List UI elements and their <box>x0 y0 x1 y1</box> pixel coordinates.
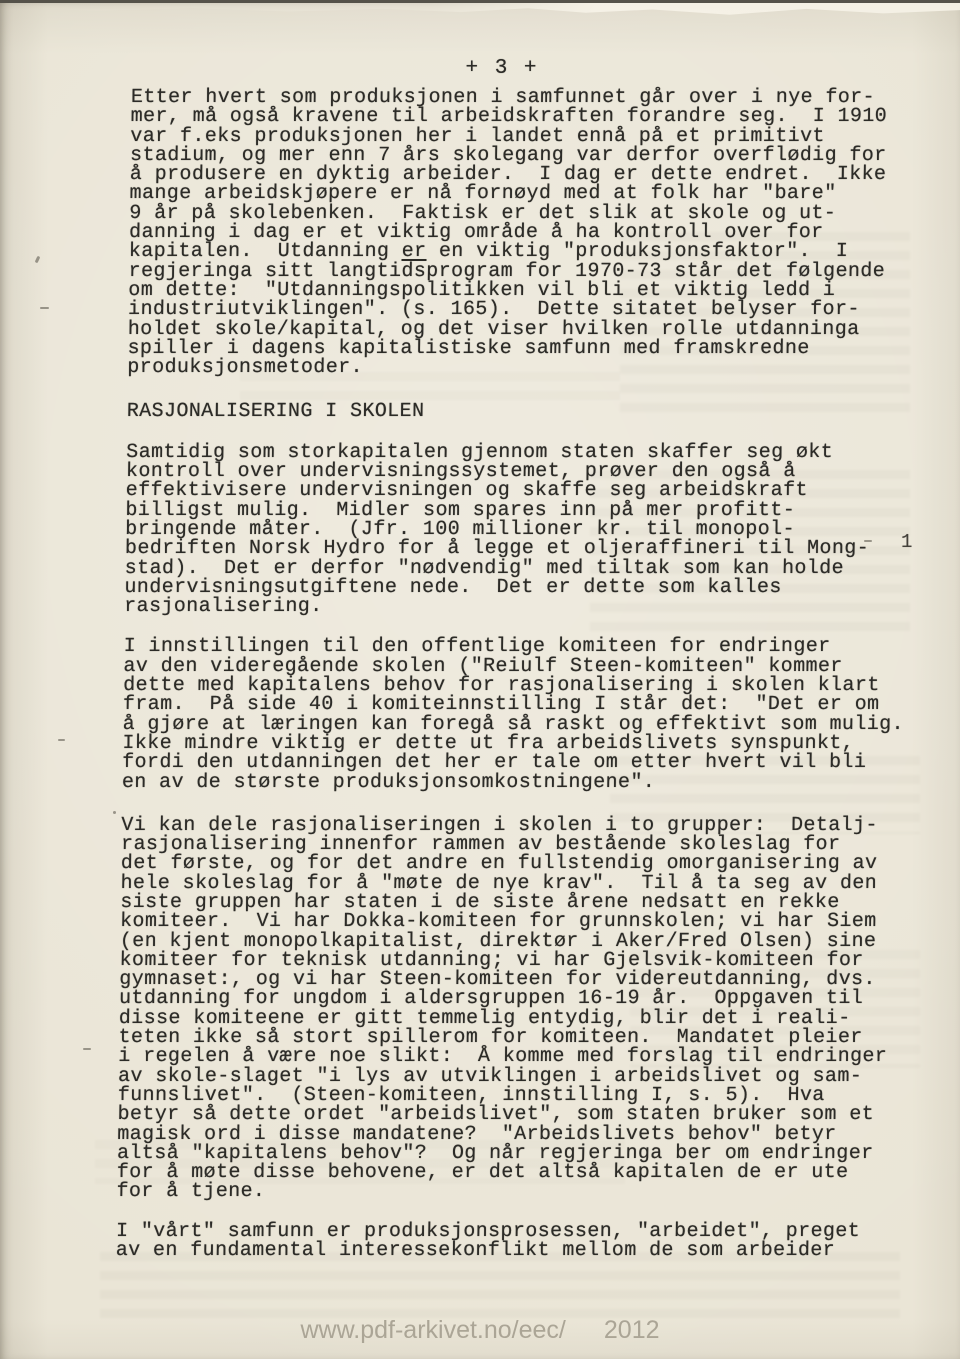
section-heading: RASJONALISERING I SKOLEN <box>127 402 927 421</box>
document-body: Etter hvert som produksjonen i samfunnet… <box>116 88 931 1260</box>
text-line: det første, og for det andre en fullsten… <box>121 854 921 873</box>
paragraph: Vi kan dele rasjonaliseringen i skolen i… <box>116 816 921 1202</box>
text-line: effektivisere undervisningen og skaffe s… <box>126 481 926 500</box>
text-line: RASJONALISERING I SKOLEN <box>127 402 927 421</box>
text-line: bedriften Norsk Hydro for å legge et olj… <box>125 539 925 558</box>
margin-speck <box>113 811 116 814</box>
paragraph: I "vårt" samfunn er produksjonsprosessen… <box>116 1222 917 1261</box>
text-line: var f.eks produksjonen her i landet ennå… <box>130 127 930 146</box>
archive-url: www.pdf-arkivet.no/eec/ <box>300 1316 565 1345</box>
torn-paper-edge <box>0 3 960 16</box>
text-line: (en kjent monopolkapitalist, direktør i … <box>120 932 920 951</box>
archive-year: 2012 <box>604 1316 660 1345</box>
margin-speck <box>58 739 65 741</box>
text-line: mange arbeidskjøpere er nå fornøyd med a… <box>129 184 929 203</box>
text-line: av en fundamental interessekonflikt mell… <box>116 1241 916 1260</box>
text-line: mer, må også kravene til arbeidskraften … <box>130 107 930 126</box>
stray-mark: 1 <box>901 531 912 553</box>
paragraph: Etter hvert som produksjonen i samfunnet… <box>127 88 931 377</box>
paragraph: I innstillingen til den offentlige komit… <box>122 637 924 791</box>
margin-speck <box>35 256 41 264</box>
text-line: utdanning for ungdom i aldersgruppen 16-… <box>119 989 919 1008</box>
text-line: industriutviklingen". (s. 165). Dette si… <box>128 300 928 319</box>
text-line: kapitalen. Utdanning er en viktig "produ… <box>129 242 929 261</box>
text-line: i regelen å være noe slikt: Å komme med … <box>118 1047 918 1066</box>
margin-speck <box>83 1048 91 1050</box>
text-line: komiteer. Vi har Dokka-komiteen for grun… <box>120 912 920 931</box>
scanned-page: + 3 + Etter hvert som produksjonen i sam… <box>0 0 960 1359</box>
archive-footer: www.pdf-arkivet.no/eec/ 2012 <box>0 1316 960 1345</box>
text-line: for å tjene. <box>116 1182 916 1201</box>
text-line: rasjonalisering. <box>124 597 924 616</box>
text-line: holdet skole/kapital, og det viser hvilk… <box>128 320 928 339</box>
text-line: en av de største produksjonsomkostningen… <box>122 773 922 792</box>
text-line: fordi den utdanningen det her er tale om… <box>122 753 922 772</box>
text-line: magisk ord i disse mandatene? "Arbeidsli… <box>117 1125 917 1144</box>
text-line: I innstillingen til den offentlige komit… <box>124 637 924 656</box>
text-line: fram. På side 40 i komiteinnstilling I s… <box>123 695 923 714</box>
margin-speck <box>864 540 872 542</box>
paragraph: Samtidig som storkapitalen gjennom state… <box>124 443 926 617</box>
text-line: stad). Det er derfor "nødvendig" med til… <box>125 559 925 578</box>
page-number: + 3 + <box>22 57 960 80</box>
margin-speck <box>40 307 49 309</box>
text-line: betyr så dette ordet "arbeidslivet", som… <box>117 1105 917 1124</box>
scan-top-edge <box>0 0 960 3</box>
text-line: å gjøre at læringen kan foregå så raskt … <box>123 715 923 734</box>
text-line: produksjonsmetoder. <box>127 358 927 377</box>
